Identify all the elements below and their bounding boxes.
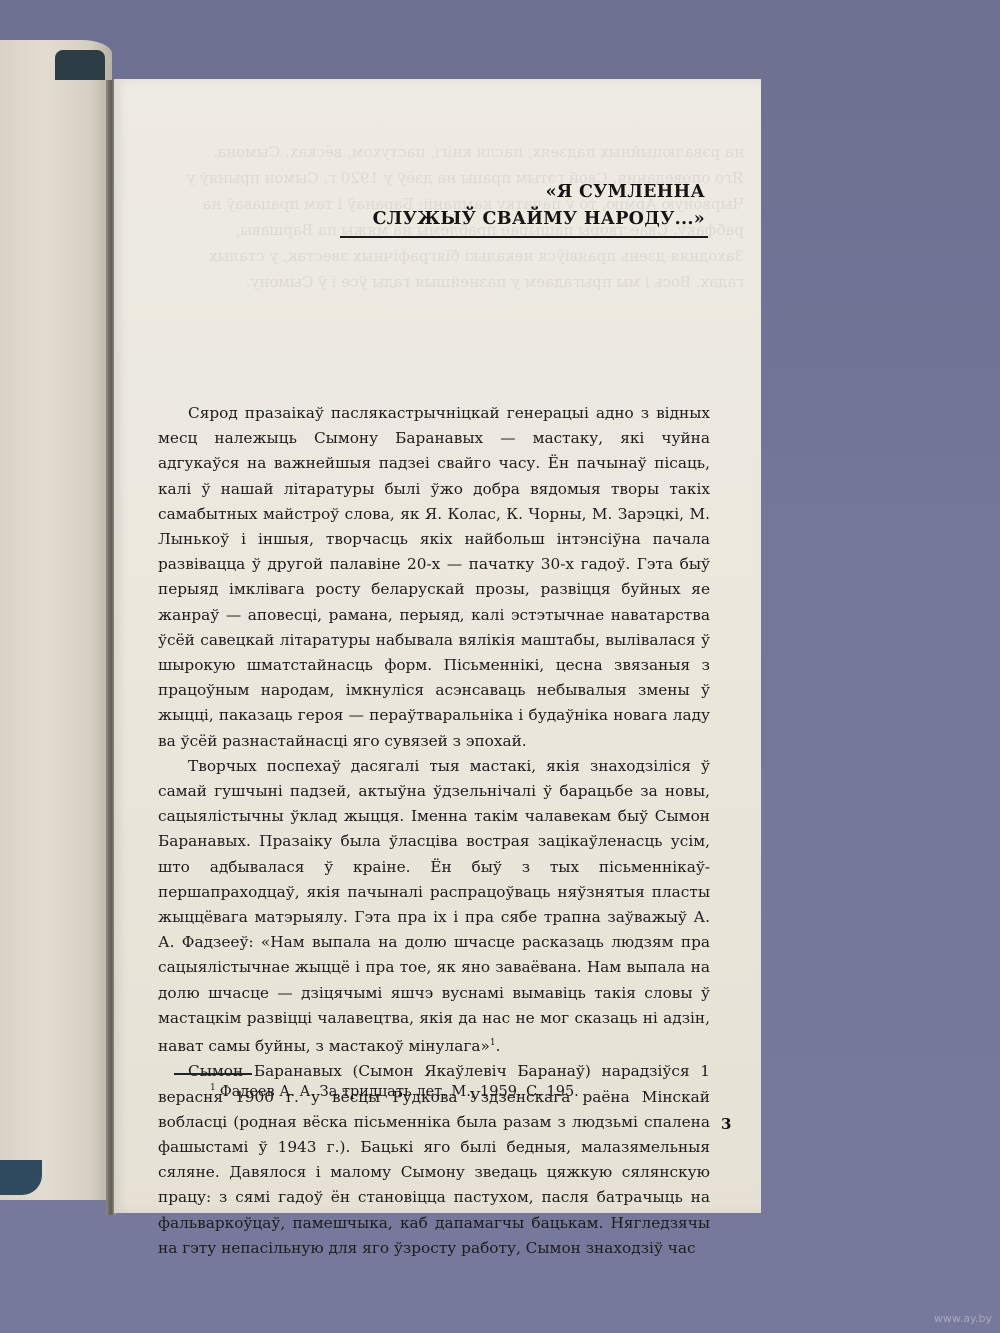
chapter-title-line-1: «Я СУМЛЕННА <box>373 179 705 206</box>
footnote-marker: 1 <box>210 1083 216 1093</box>
watermark: www.ay.by <box>934 1312 992 1325</box>
footnote-text: Фадеев А. А. За тридцать лет. М., 1959. … <box>220 1084 579 1100</box>
book-page: на рэвалюцыйных падзеях, пасля кнігі, па… <box>114 79 761 1213</box>
body-text: Сярод празаікаў паслякастрычніцкай генер… <box>158 401 710 1261</box>
footnote: 1Фадеев А. А. За тридцать лет. М., 1959.… <box>210 1083 579 1100</box>
title-underline <box>340 236 708 238</box>
footnote-divider <box>174 1073 252 1075</box>
chapter-title: «Я СУМЛЕННА СЛУЖЫЎ СВАЙМУ НАРОДУ...» <box>373 179 705 233</box>
paragraph-2-end: . <box>496 1037 501 1055</box>
paragraph-1: Сярод празаікаў паслякастрычніцкай генер… <box>158 401 710 754</box>
chapter-title-line-2: СЛУЖЫЎ СВАЙМУ НАРОДУ...» <box>373 206 705 233</box>
page-number: 3 <box>721 1115 731 1133</box>
paragraph-2: Творчых поспехаў дасягалі тыя мастакі, я… <box>158 754 710 1060</box>
left-page <box>0 40 112 1200</box>
paragraph-2-text: Творчых поспехаў дасягалі тыя мастакі, я… <box>158 757 710 1055</box>
book-cover-top <box>55 50 105 80</box>
